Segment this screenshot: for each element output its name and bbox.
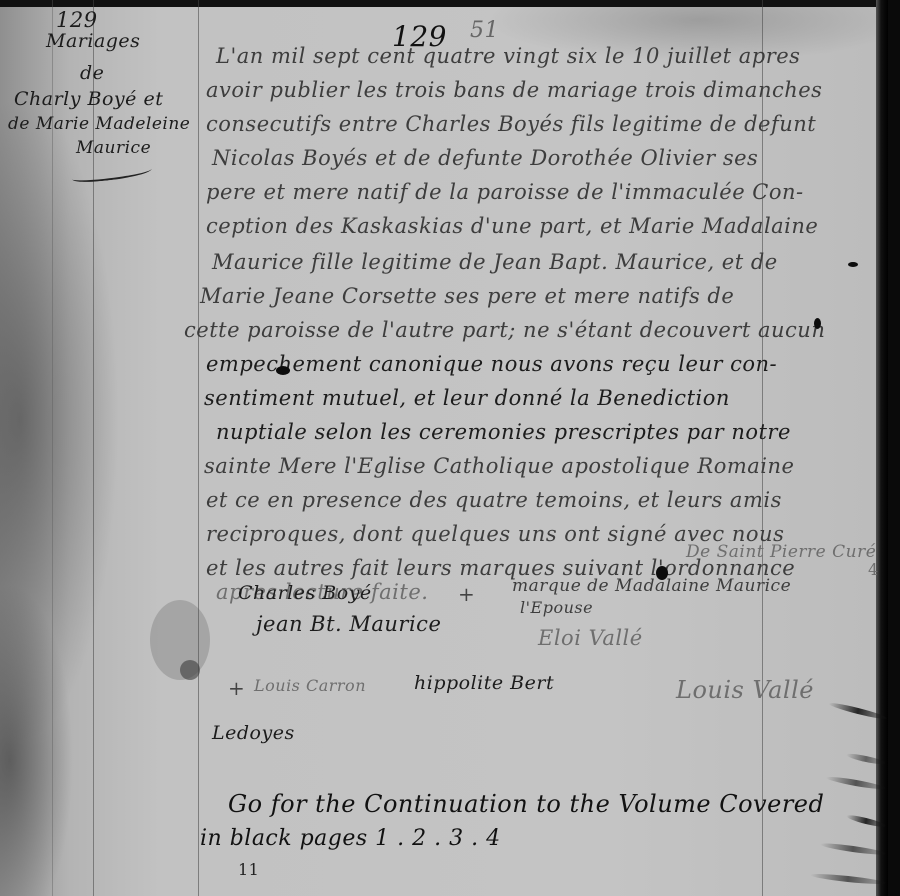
page-number-faint: 51 xyxy=(470,18,499,43)
margin-note-line: Mariages xyxy=(46,30,140,52)
entry-line: nuptiale selon les ceremonies prescripte… xyxy=(216,420,791,444)
entry-line: sainte Mere l'Eglise Catholique apostoli… xyxy=(204,454,794,478)
entry-line: Marie Jeane Corsette ses pere et mere na… xyxy=(200,284,734,308)
margin-note-line: de xyxy=(80,62,104,84)
entry-line: avoir publier les trois bans de mariage … xyxy=(206,78,822,102)
annotation-line-2: in black pages 1 . 2 . 3 . 4 xyxy=(200,826,501,851)
ink-smudge xyxy=(810,872,886,886)
margin-rule-1 xyxy=(52,0,53,896)
ink-stain xyxy=(180,660,200,680)
ink-blot xyxy=(814,318,821,329)
margin-note-line: de Marie Madeleine xyxy=(8,114,190,134)
margin-note-line: Charly Boyé et xyxy=(14,88,163,110)
annotation-mark: 11 xyxy=(238,860,259,879)
signature-witness-4: hippolite Bert xyxy=(414,672,554,694)
ink-blot xyxy=(656,566,668,580)
ink-blot xyxy=(848,262,858,267)
ink-blot xyxy=(276,366,290,375)
entry-line: L'an mil sept cent quatre vingt six le 1… xyxy=(216,44,800,68)
annotation-line-1: Go for the Continuation to the Volume Co… xyxy=(228,790,824,818)
margin-entry-number: 129 xyxy=(56,8,98,32)
register-page: 129 Mariages de Charly Boyé et de Marie … xyxy=(0,0,888,896)
margin-rule-2 xyxy=(93,0,94,896)
signature-witness-3: Louis Carron xyxy=(254,676,366,695)
flourish-underline xyxy=(72,164,153,184)
bride-mark-label: marque de Madalaine Maurice xyxy=(512,576,791,596)
witness-cross-mark: + xyxy=(228,676,245,700)
entry-line: ception des Kaskaskias d'une part, et Ma… xyxy=(206,214,818,238)
margin-note-line: Maurice xyxy=(76,138,151,158)
entry-line: consecutifs entre Charles Boyés fils leg… xyxy=(206,112,816,136)
groom-cross-mark: + xyxy=(458,582,475,606)
entry-line: et ce en presence des quatre temoins, et… xyxy=(206,488,782,512)
signature-priest: Ledoyes xyxy=(212,722,295,744)
scan-top-border xyxy=(0,0,888,7)
entry-line: pere et mere natif de la paroisse de l'i… xyxy=(206,180,804,204)
signature-witness-5: Louis Vallé xyxy=(676,676,814,704)
signature-witness-1: jean Bt. Maurice xyxy=(256,612,441,636)
bride-role: l'Epouse xyxy=(520,598,593,617)
entry-line: Nicolas Boyés et de defunte Dorothée Oli… xyxy=(212,146,758,170)
priest-side-note: De Saint Pierre Curé xyxy=(686,542,876,562)
edge-mark: 4 xyxy=(868,560,879,579)
signature-groom: Charles Boyé xyxy=(238,582,372,604)
signature-witness-2: Eloi Vallé xyxy=(538,626,643,650)
entry-line: Maurice fille legitime de Jean Bapt. Mau… xyxy=(212,250,778,274)
entry-line: empechement canonique nous avons reçu le… xyxy=(206,352,777,376)
entry-line: cette paroisse de l'autre part; ne s'éta… xyxy=(184,318,825,342)
entry-line: sentiment mutuel, et leur donné la Bened… xyxy=(204,386,730,410)
margin-rule-3 xyxy=(198,0,199,896)
